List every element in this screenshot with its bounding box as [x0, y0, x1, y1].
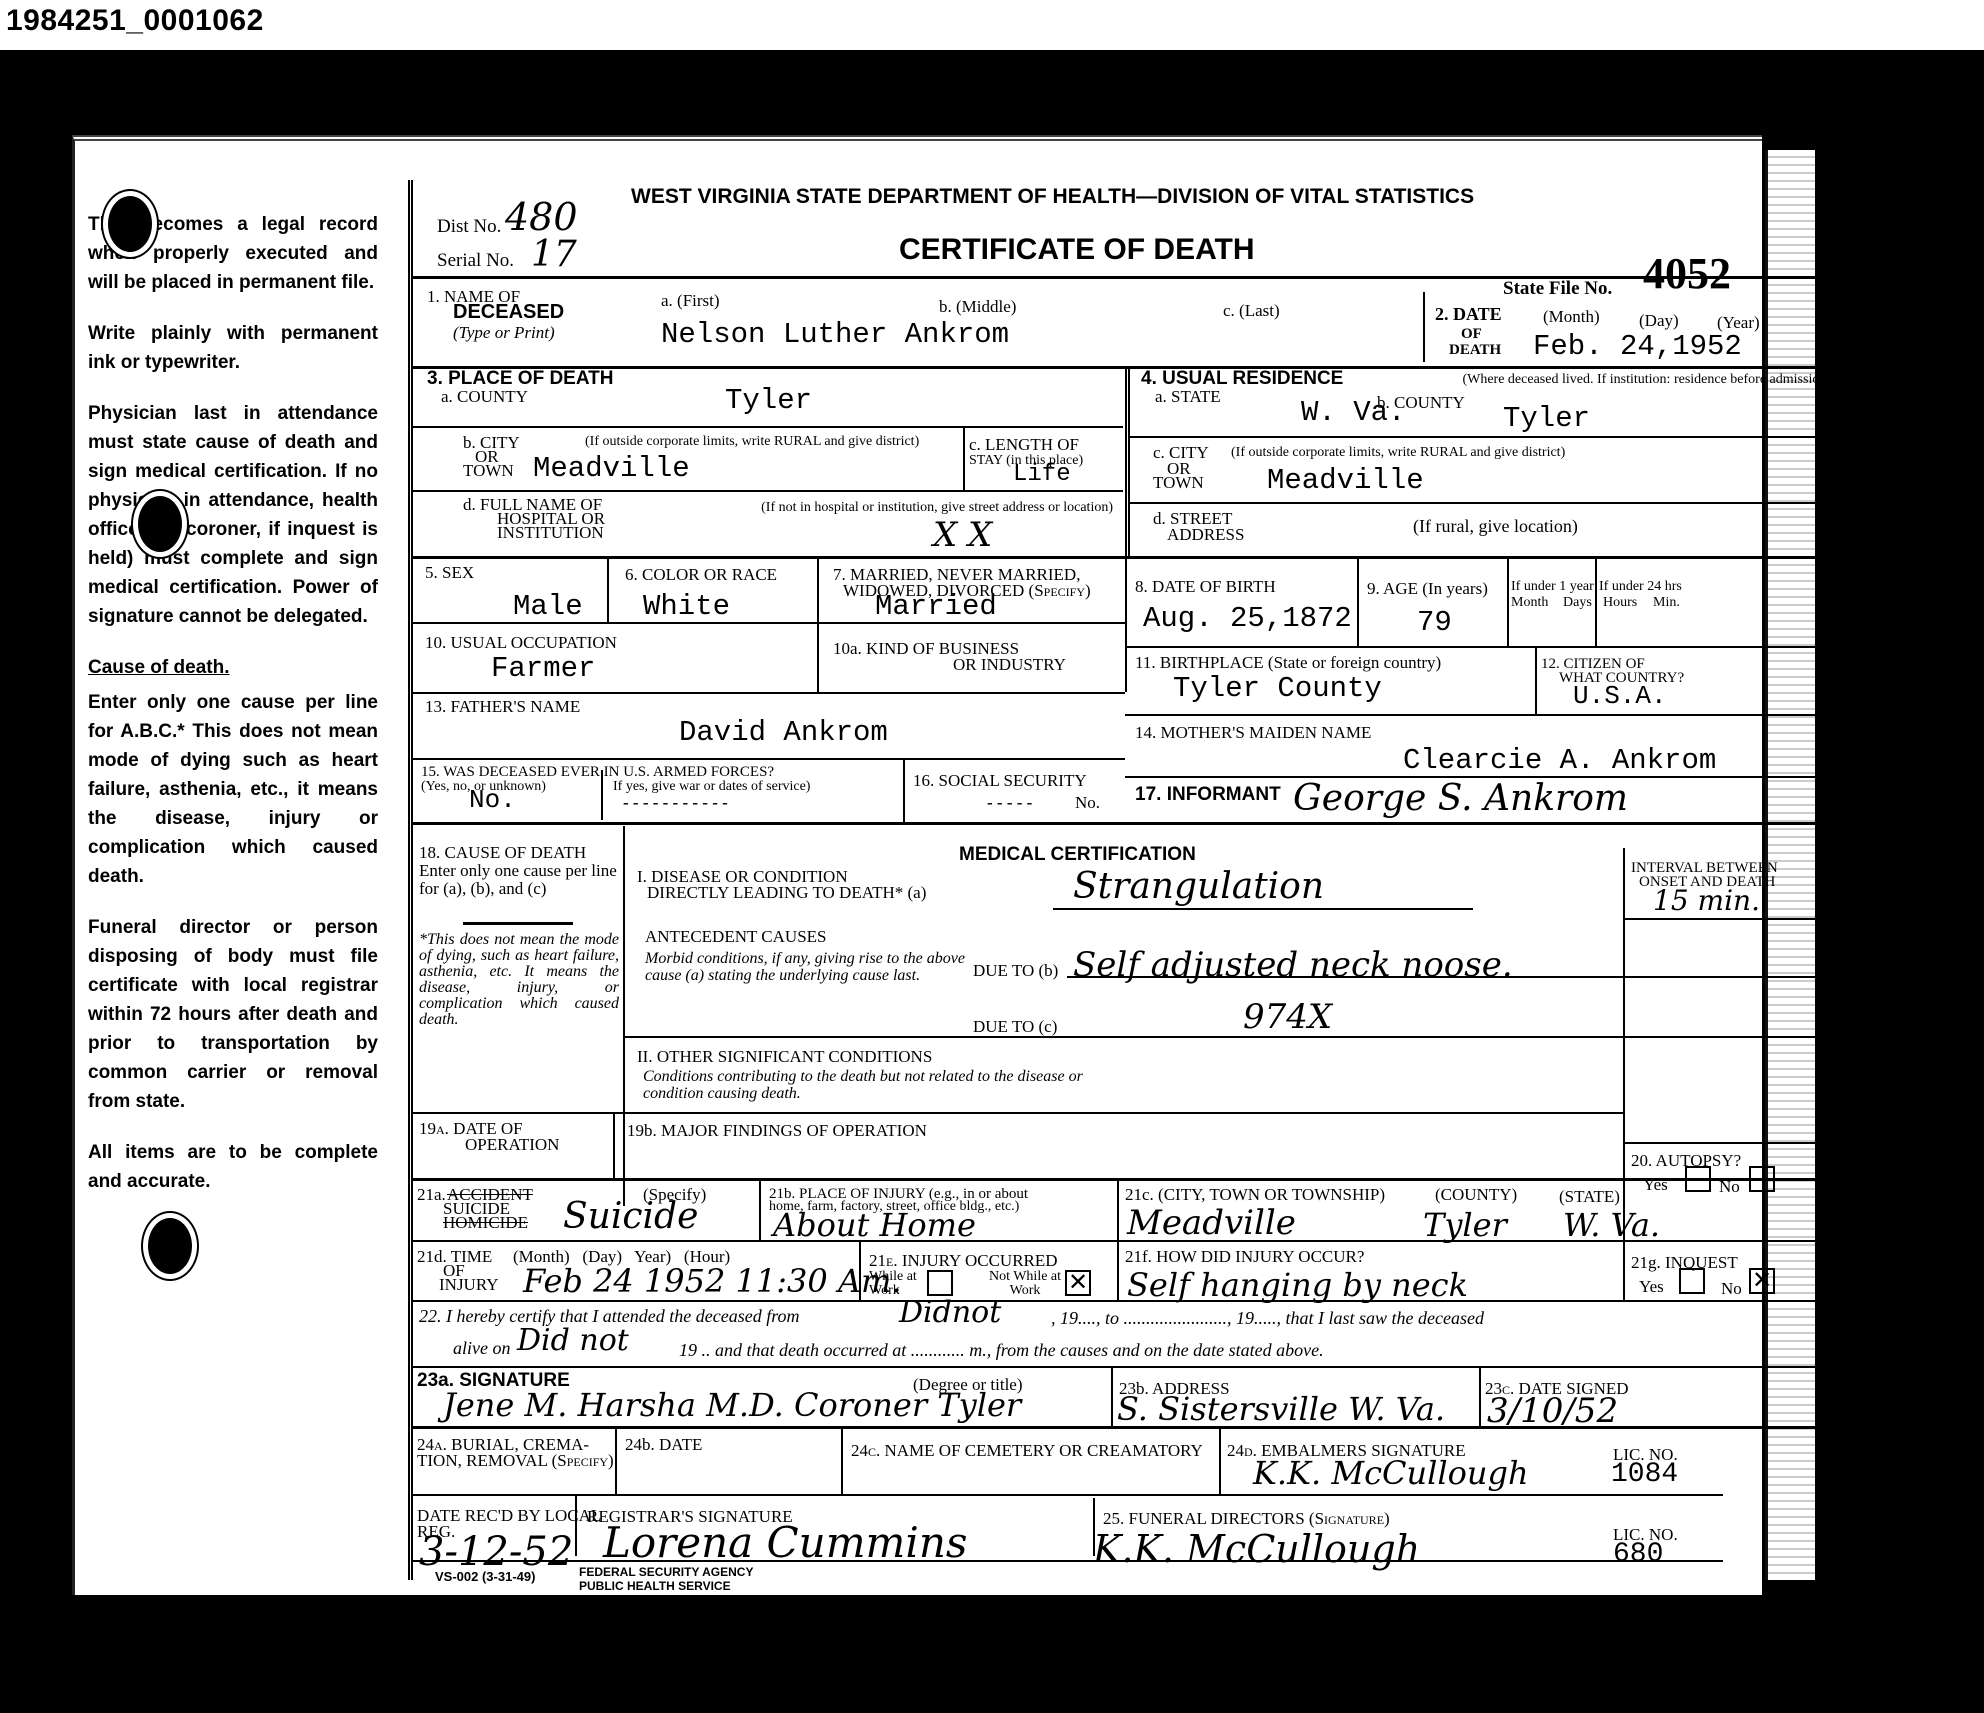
first-name-label: a. (First) [661, 292, 720, 309]
last-name-label: c. (Last) [1223, 302, 1280, 319]
hours-label: Hours [1603, 596, 1637, 610]
date-of-death-value[interactable]: Feb. 24,1952 [1533, 332, 1742, 361]
state-file-no-label: State File No. [1503, 280, 1612, 297]
injury-time-injury: INJURY [439, 1276, 499, 1293]
instruction-cause: Enter only one cause per line for A.B.C.… [88, 688, 378, 891]
serial-no-label: Serial No. [437, 252, 514, 269]
instruction-physician: Physician last in attendance must state … [88, 399, 378, 631]
occupation-label: 10. USUAL OCCUPATION [425, 634, 617, 651]
while-at-work-checkbox[interactable] [927, 1270, 953, 1296]
days-label: Days [1563, 596, 1592, 610]
residence-city-value[interactable]: Meadville [1267, 466, 1424, 495]
cause-of-death-label: 18. CAUSE OF DEATH [419, 844, 586, 861]
deceased-name-value[interactable]: Nelson Luther Ankrom [661, 320, 1009, 349]
serial-no-value: 17 [531, 240, 577, 270]
armed-forces-value[interactable]: No. [469, 786, 516, 815]
antecedent-label: ANTECEDENT CAUSES [645, 928, 827, 945]
injury-county-label: (COUNTY) [1435, 1186, 1517, 1203]
injury-type-homicide: HOMICIDE [443, 1214, 528, 1231]
armed-forces-service[interactable]: - - - - - - - - - - - [623, 794, 728, 811]
burial-date-label: 24b. DATE [625, 1436, 702, 1453]
instruction-cause-heading: Cause of death. [88, 653, 378, 682]
footer-agency-2: PUBLIC HEALTH SERVICE [579, 1578, 731, 1595]
street-address-label2: ADDRESS [1167, 526, 1244, 543]
instruction-write-plainly: Write plainly with permanent ink or type… [88, 319, 378, 377]
hospital-value[interactable]: X X [933, 520, 992, 550]
mother-name-label: 14. MOTHER'S MAIDEN NAME [1135, 724, 1371, 741]
injury-state-value[interactable]: W. Va. [1563, 1210, 1660, 1240]
informant-value[interactable]: George S. Ankrom [1293, 784, 1628, 814]
death-county-label: a. COUNTY [441, 388, 528, 405]
armed-forces-sub2: If yes, give war or dates of service) [613, 780, 810, 794]
operation-date-label2: OPERATION [465, 1136, 559, 1153]
how-injury-value[interactable]: Self hanging by neck [1127, 1270, 1468, 1300]
disease-condition-label2: DIRECTLY LEADING TO DEATH* (a) [647, 884, 926, 901]
length-of-stay-label: c. LENGTH OF [969, 436, 1079, 453]
inquest-yes-label: Yes [1639, 1278, 1664, 1295]
injury-occurred-label: 21e. INJURY OCCURRED [869, 1252, 1058, 1269]
race-value[interactable]: White [643, 592, 730, 621]
other-conditions-note: Conditions contributing to the death but… [643, 1068, 1083, 1102]
cause-of-death-note: *This does not mean the mode of dying, s… [419, 932, 619, 1028]
state-file-no-value: 4052 [1643, 248, 1731, 299]
social-security-no-label: No. [1075, 794, 1100, 811]
date-received-value[interactable]: 3-12-52 [419, 1532, 573, 1572]
hospital-label3: INSTITUTION [497, 524, 604, 541]
punch-hole-icon [108, 196, 152, 252]
injury-state-label: (STATE) [1559, 1188, 1620, 1205]
father-name-value[interactable]: David Ankrom [679, 718, 888, 747]
residence-city-note: (If outside corporate limits, write RURA… [1231, 446, 1565, 460]
social-security-label: 16. SOCIAL SECURITY [913, 772, 1087, 789]
form-number: VS-002 (3-31-49) [435, 1568, 535, 1585]
file-id: 1984251_0001062 [6, 4, 264, 38]
cause-c-value[interactable]: 974X [1243, 1002, 1332, 1032]
race-label: 6. COLOR OR RACE [625, 566, 777, 583]
street-address-note: (If rural, give location) [1413, 518, 1578, 535]
occupation-value[interactable]: Farmer [491, 654, 595, 683]
under-24-hrs-label: If under 24 hrs [1599, 580, 1682, 594]
citizen-value[interactable]: U.S.A. [1573, 682, 1667, 711]
embalmer-lic-value[interactable]: 1084 [1611, 1460, 1678, 1489]
due-to-b-label: DUE TO (b) [973, 962, 1058, 979]
min-label: Min. [1653, 596, 1680, 610]
death-certificate-form: WEST VIRGINIA STATE DEPARTMENT OF HEALTH… [408, 180, 1828, 1580]
month-label: (Month) [1543, 308, 1600, 325]
injury-type-value[interactable]: Suicide [563, 1202, 698, 1232]
operation-findings-label: 19b. MAJOR FINDINGS OF OPERATION [627, 1122, 927, 1139]
place-of-death-label: 3. PLACE OF DEATH [427, 370, 614, 387]
name-label-main: DECEASED [453, 304, 564, 321]
instructions-sidebar: This becomes a legal record when properl… [88, 210, 378, 1218]
punch-hole-icon [148, 1218, 192, 1274]
funeral-lic-value[interactable]: 680 [1613, 1540, 1663, 1569]
certify-line2-a: alive on [453, 1340, 510, 1357]
injury-city-value[interactable]: Meadville [1127, 1208, 1296, 1238]
certify-line2-b: 19 .. and that death occurred at .......… [679, 1342, 1324, 1359]
inquest-no-checkbox[interactable]: ✕ [1749, 1268, 1775, 1294]
mother-name-value[interactable]: Clearcie A. Ankrom [1403, 746, 1716, 775]
while-at-work-label: While at Work [869, 1270, 925, 1298]
antecedent-note: Morbid conditions, if any, giving rise t… [645, 950, 965, 984]
under-1-year-label: If under 1 year [1511, 580, 1594, 594]
page-title: CERTIFICATE OF DEATH [899, 235, 1255, 265]
sex-label: 5. SEX [425, 564, 474, 581]
alive-on-value[interactable]: Did not [517, 1326, 629, 1356]
instruction-complete: All items are to be complete and accurat… [88, 1138, 378, 1196]
months-label: Month [1511, 596, 1548, 610]
other-conditions-label: II. OTHER SIGNIFICANT CONDITIONS [637, 1048, 932, 1065]
injury-place-value[interactable]: About Home [773, 1210, 976, 1240]
medical-certification-title: MEDICAL CERTIFICATION [959, 846, 1196, 863]
injury-type-label: 21a. [417, 1186, 446, 1203]
due-to-c-label: DUE TO (c) [973, 1018, 1057, 1035]
interval-a-value[interactable]: 15 min. [1653, 886, 1760, 916]
disposition-label2: TION, REMOVAL (Specify) [417, 1452, 614, 1469]
funeral-director-label: 25. FUNERAL DIRECTORS (Signature) [1103, 1510, 1390, 1527]
how-injury-label: 21f. HOW DID INJURY OCCUR? [1125, 1248, 1364, 1265]
residence-city-town: TOWN [1153, 474, 1204, 491]
marital-status-value[interactable]: Married [875, 592, 997, 621]
embalmer-signature[interactable]: K.K. McCullough [1253, 1458, 1529, 1488]
death-city-town: TOWN [463, 462, 514, 479]
length-of-stay-value[interactable]: Life [1013, 460, 1071, 489]
residence-state-label: a. STATE [1155, 388, 1221, 405]
dist-no-value: 480 [505, 202, 578, 232]
date-of-death-label: 2. DATE [1435, 306, 1502, 323]
death-county-value[interactable]: Tyler [725, 386, 812, 415]
middle-name-label: b. (Middle) [939, 298, 1016, 315]
residence-county-value[interactable]: Tyler [1503, 404, 1590, 433]
age-label: 9. AGE (In years) [1367, 580, 1488, 597]
instruction-funeral-director: Funeral director or person disposing of … [88, 913, 378, 1116]
cause-a-value[interactable]: Strangulation [1073, 872, 1324, 902]
year-label: (Year) [1717, 314, 1760, 331]
physician-signature[interactable]: Jene M. Harsha M.D. Coroner Tyler [443, 1390, 1021, 1420]
inquest-no-label: No [1721, 1280, 1742, 1297]
residence-county-label: b. COUNTY [1377, 394, 1465, 411]
sex-value[interactable]: Male [513, 592, 583, 621]
day-label: (Day) [1639, 312, 1679, 329]
residence-note: (Where deceased lived. If institution: r… [1361, 372, 1831, 388]
cemetery-label: 24c. NAME OF CEMETERY OR CREAMATORY [851, 1442, 1203, 1459]
not-while-at-work-checkbox[interactable]: ✕ [1065, 1270, 1091, 1296]
age-value[interactable]: 79 [1417, 608, 1452, 637]
funeral-director-signature[interactable]: K.K. McCullough [1093, 1530, 1420, 1568]
birthplace-value[interactable]: Tyler County [1173, 674, 1382, 703]
date-of-death-label-of: OF [1461, 326, 1482, 343]
death-city-note: (If outside corporate limits, write RURA… [585, 434, 925, 450]
father-name-label: 13. FATHER'S NAME [425, 698, 580, 715]
residence-label: 4. USUAL RESIDENCE [1141, 370, 1343, 387]
physician-address[interactable]: S. Sistersville W. Va. [1117, 1394, 1445, 1424]
dist-no-label: Dist No. [437, 218, 501, 235]
inquest-yes-checkbox[interactable] [1679, 1268, 1705, 1294]
name-label-sub: (Type or Print) [453, 324, 555, 341]
injury-time-value[interactable]: Feb 24 1952 11:30 Am. [523, 1266, 902, 1296]
hospital-note: (If not in hospital or institution, give… [713, 500, 1113, 516]
agency-header: WEST VIRGINIA STATE DEPARTMENT OF HEALTH… [631, 188, 1474, 205]
date-of-death-label-death: DEATH [1449, 342, 1501, 359]
date-of-birth-value[interactable]: Aug. 25,1872 [1143, 604, 1352, 633]
attended-from-value[interactable]: Didnot [899, 1298, 1001, 1328]
injury-county-value[interactable]: Tyler [1423, 1210, 1507, 1240]
not-while-at-work-label: Not While at Work [985, 1270, 1065, 1298]
injury-city-label: 21c. (CITY, TOWN OR TOWNSHIP) [1125, 1186, 1385, 1203]
social-security-value[interactable]: - - - - - [987, 794, 1032, 811]
registrar-signature[interactable]: Lorena Cummins [603, 1522, 967, 1564]
business-label2: OR INDUSTRY [953, 656, 1066, 673]
cause-of-death-instr: Enter only one cause per line for (a), (… [419, 862, 619, 898]
date-of-birth-label: 8. DATE OF BIRTH [1135, 578, 1276, 595]
certify-line1-b: , 19...., to ......................., 19… [1051, 1310, 1484, 1327]
informant-label: 17. INFORMANT [1135, 786, 1281, 803]
birthplace-label: 11. BIRTHPLACE (State or foreign country… [1135, 654, 1441, 671]
date-signed-value[interactable]: 3/10/52 [1487, 1396, 1618, 1426]
punch-hole-icon [138, 496, 182, 552]
death-city-value[interactable]: Meadville [533, 454, 690, 483]
